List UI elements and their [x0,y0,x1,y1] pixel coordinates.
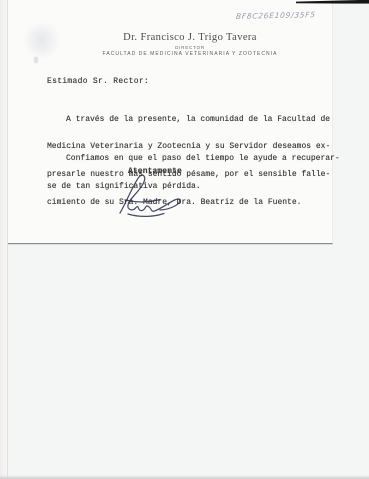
salutation: Estimado Sr. Rector: [47,77,149,86]
scanned-letter-page: BF8C26E109/35F5 Dr. Francisco J. Trigo T… [0,0,369,479]
faint-stamp-smudge [21,22,64,63]
body-line: Confiamos en que el paso del tiempo le a… [47,154,340,163]
scan-speck [34,57,38,63]
letterhead-title: DIRECTOR [175,45,205,50]
letterhead-institution: FACULTAD DE MEDICINA VETERINARIA Y ZOOTE… [102,51,277,57]
scan-edge-left [0,0,8,479]
body-paragraph-2: Confiamos en que el paso del tiempo le a… [47,136,340,210]
letter-card: BF8C26E109/35F5 Dr. Francisco J. Trigo T… [7,0,333,244]
body-line: A través de la presente, la comunidad de… [47,115,330,124]
body-line: se de tan significativa pérdida. [47,182,340,191]
scan-edge-bottom [0,475,369,479]
letterhead-name: Dr. Francisco J. Trigo Tavera [123,32,257,43]
handwritten-annotation: BF8C26E109/35F5 [236,10,316,21]
handwritten-signature [111,172,191,218]
